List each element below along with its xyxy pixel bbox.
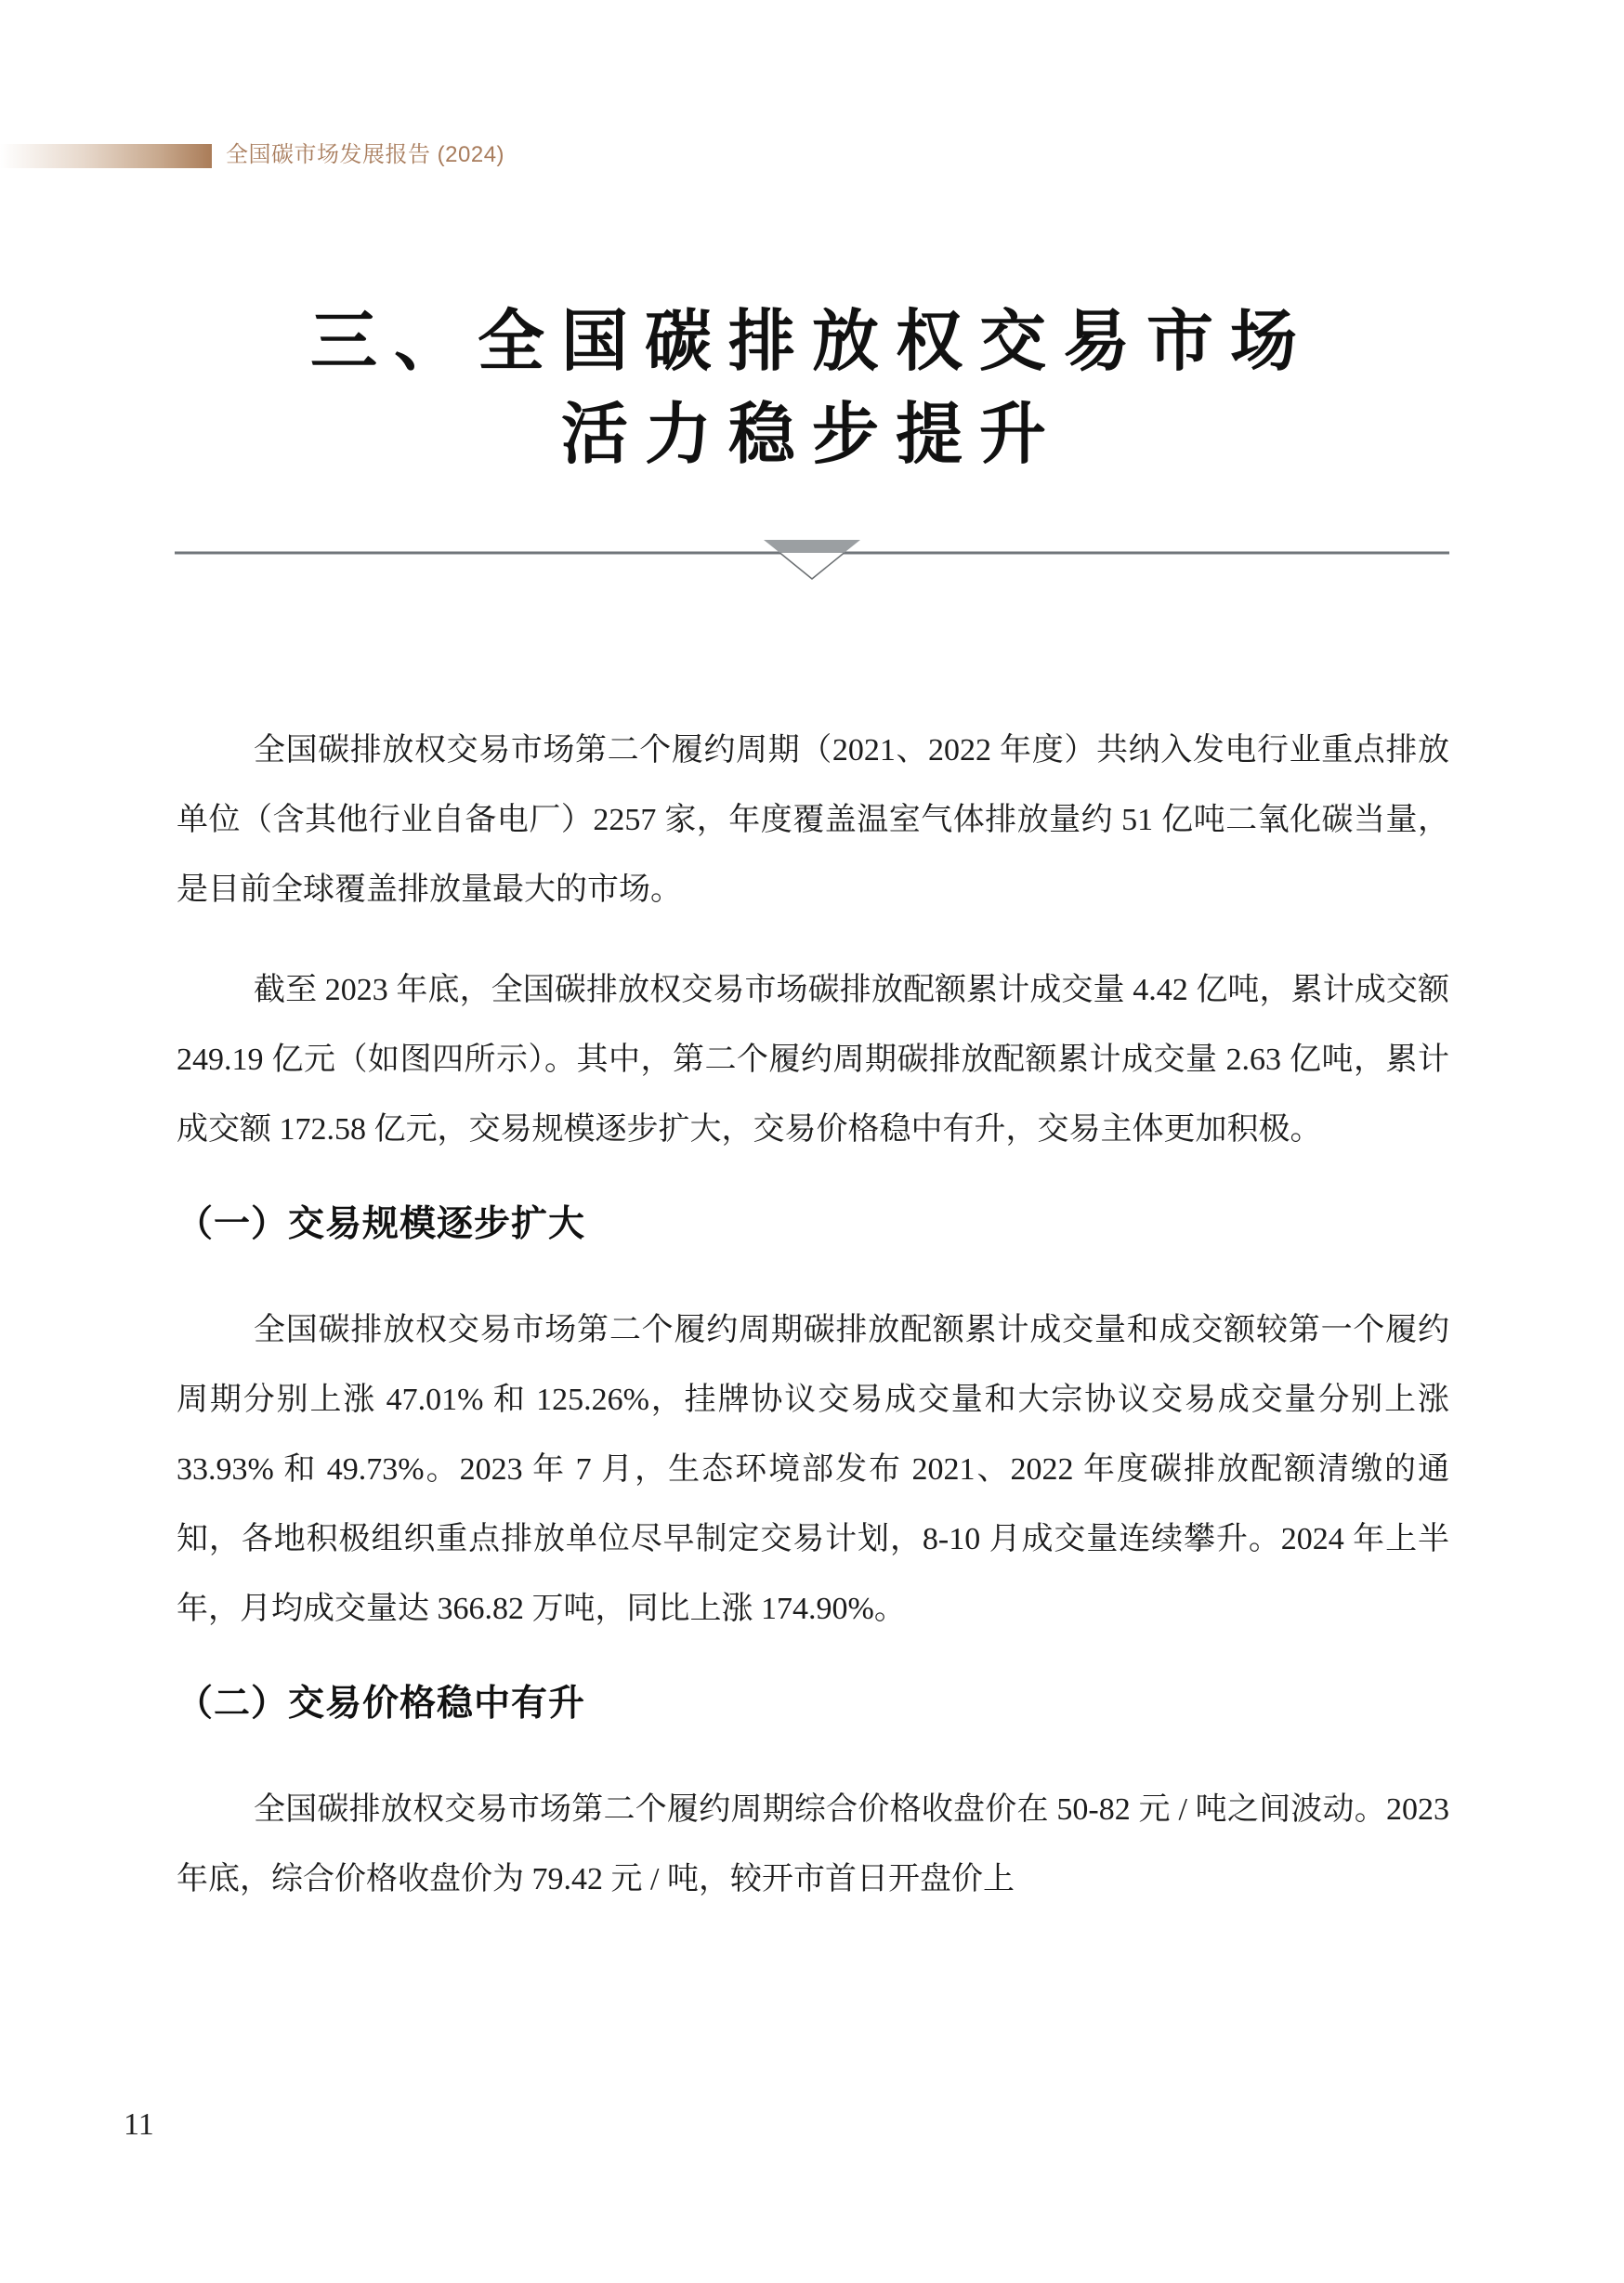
section-heading-1: （一）交易规模逐步扩大 [177,1201,1449,1247]
triangle-bottom-outline [780,553,845,579]
body-content: 全国碳排放权交易市场第二个履约周期（2021、2022 年度）共纳入发电行业重点… [177,715,1449,1945]
chapter-title-line2: 活力稳步提升 [0,388,1624,481]
report-page: 全国碳市场发展报告 (2024) 三、全国碳排放权交易市场 活力稳步提升 全国碳… [0,0,1624,2283]
paragraph-market-scope: 全国碳排放权交易市场第二个履约周期（2021、2022 年度）共纳入发电行业重点… [177,715,1449,925]
chapter-title-line1: 三、全国碳排放权交易市场 [0,295,1624,388]
paragraph-trading-scale: 全国碳排放权交易市场第二个履约周期碳排放配额累计成交量和成交额较第一个履约周期分… [177,1295,1449,1644]
paragraph-cumulative-volume: 截至 2023 年底，全国碳排放权交易市场碳排放配额累计成交量 4.42 亿吨，… [177,955,1449,1164]
triangle-top-fill [764,540,860,553]
divider-triangle-ornament [175,525,1449,581]
running-header-title: 全国碳市场发展报告 (2024) [226,139,504,171]
section-heading-2: （二）交易价格稳中有升 [177,1681,1449,1726]
paragraph-trading-price: 全国碳排放权交易市场第二个履约周期综合价格收盘价在 50-82 元 / 吨之间波… [177,1775,1449,1914]
chapter-title: 三、全国碳排放权交易市场 活力稳步提升 [0,295,1624,481]
page-number: 11 [124,2107,154,2143]
header-gradient-bar [0,144,212,168]
